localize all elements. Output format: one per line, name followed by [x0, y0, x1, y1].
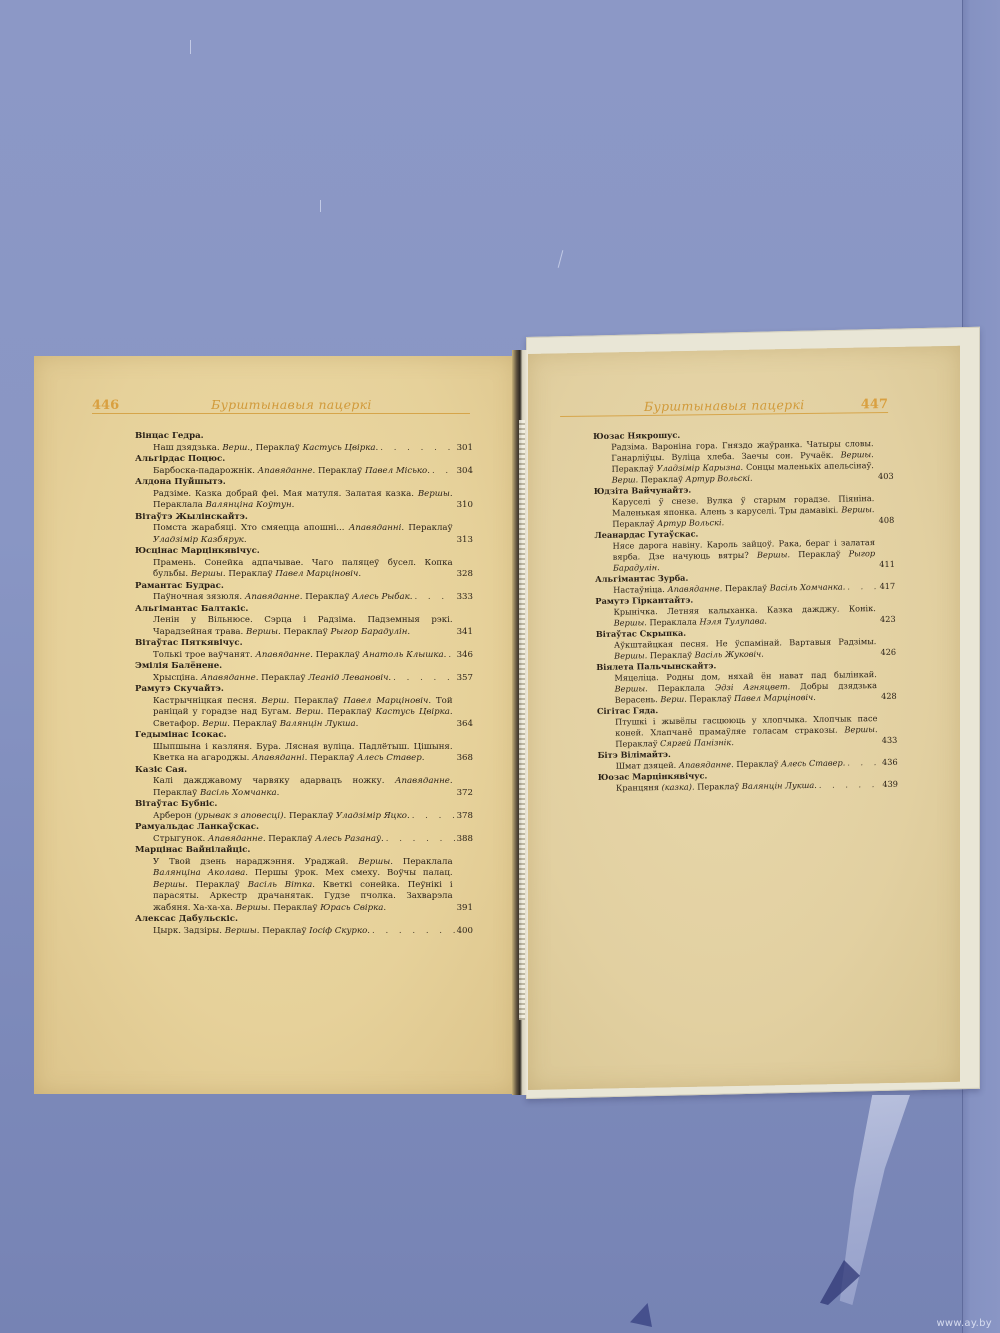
- toc-works: Толькі трое ваўчанят. Апавяданне. Перакл…: [135, 650, 473, 662]
- toc-author: Алдона Пуйшытэ.: [135, 477, 473, 489]
- toc-entry: Вінцас Гедра.Наш дзядзька. Верш., Перакл…: [135, 431, 473, 454]
- toc-page-number: 328: [457, 569, 473, 581]
- toc-page-number: 378: [457, 811, 473, 823]
- toc-entry: Вітаўтэ Жылінскайтэ.Помста жарабяці. Хто…: [135, 512, 473, 547]
- toc-works: Прамень. Сонейка адпачывае. Чаго паляцеў…: [135, 558, 473, 581]
- toc-entry: Алдона Пуйшытэ.Радзіме. Казка добрай феі…: [135, 477, 473, 512]
- toc-page-number: 301: [457, 443, 473, 455]
- toc-page-number: 439: [882, 779, 898, 790]
- toc-author: Юсцінас Марцінкявічус.: [135, 546, 473, 558]
- toc-entry: Леанардас Гутаўскас.Нясе дарога навіну. …: [594, 526, 895, 574]
- torn-paper-fragment: [630, 1303, 652, 1327]
- toc-author: Марцінас Вайнілайціс.: [135, 845, 473, 857]
- toc-entry: Рамутэ Гіркантайтэ.Крынічка. Летняя калы…: [595, 592, 895, 629]
- page-number-right: 447: [861, 397, 888, 412]
- toc-works: Нясе дарога навіну. Кароль зайцоў. Рака,…: [595, 537, 895, 574]
- toc-page-number: 436: [882, 757, 898, 768]
- toc-page-number: 304: [457, 466, 473, 478]
- toc-works: Калі дажджавому чарвяку адарвацъ ножку. …: [135, 776, 473, 799]
- toc-author: Альгімантас Балтакіс.: [135, 604, 473, 616]
- toc-author: Казіс Сая.: [135, 765, 473, 777]
- running-head-left: 446 Бурштынавыя пацеркі: [92, 397, 470, 414]
- toc-page-number: 428: [881, 691, 897, 702]
- toc-page-number: 346: [457, 650, 473, 662]
- toc-page-number: 400: [457, 926, 473, 938]
- toc-entry: Юсцінас Марцінкявічус.Прамень. Сонейка а…: [135, 546, 473, 581]
- toc-page-number: 357: [457, 673, 473, 685]
- toc-works: Хрысціна. Апавяданне. Пераклаў Леанід Ле…: [135, 673, 473, 685]
- toc-page-number: 403: [878, 471, 894, 482]
- toc-page-number: 333: [457, 592, 473, 604]
- toc-entry: Марцінас Вайнілайціс.У Твой дзень нарадж…: [135, 845, 473, 914]
- table-of-contents-right: Юозас Някрошус.Радзіма. Вароніна гора. Г…: [593, 427, 898, 794]
- toc-author: Рамантас Будрас.: [135, 581, 473, 593]
- toc-author: Вітаўтас Бубніс.: [135, 799, 473, 811]
- toc-page-number: 423: [880, 614, 896, 625]
- toc-page-number: 310: [457, 500, 473, 512]
- toc-works: Помста жарабяці. Хто смяецца апошні... А…: [135, 523, 473, 546]
- toc-entry: Гедымінас Ісокас.Шыпшына і казляня. Бура…: [135, 730, 473, 765]
- running-title-left: Бурштынавыя пацеркі: [211, 397, 372, 412]
- toc-works: Крынічка. Летняя калыханка. Казка дажджу…: [595, 603, 895, 629]
- toc-author: Вітаўтэ Жылінскайтэ.: [135, 512, 473, 524]
- toc-works: Арберон (урывак з аповесці). Пераклаў Ул…: [135, 811, 473, 823]
- toc-entry: Альгімантас Зурба.Настаўніца. Апавяданне…: [595, 570, 895, 596]
- toc-author: Вітаўтас Пяткявічус.: [135, 638, 473, 650]
- toc-page-number: 372: [457, 788, 473, 800]
- toc-entry: Казіс Сая.Калі дажджавому чарвяку адарва…: [135, 765, 473, 800]
- toc-entry: Рамуальдас Ланкаўскас.Стрыгунок. Апавяда…: [135, 822, 473, 845]
- toc-page-number: 433: [882, 735, 898, 746]
- toc-entry: Бітэ Вілімайтэ.Шмат дзяцей. Апавяданне. …: [597, 746, 897, 772]
- toc-works: Ленін у Вільнюсе. Сэрца і Радзіма. Падзе…: [135, 615, 473, 638]
- toc-page-number: 388: [457, 834, 473, 846]
- toc-author: Вінцас Гедра.: [135, 431, 473, 443]
- toc-works: Кастрычніцкая песня. Верш. Пераклаў Паве…: [135, 696, 473, 731]
- toc-works: Птушкі і жывёлы гасцююць у хлопчыка. Хло…: [597, 713, 897, 750]
- toc-works: Шыпшына і казляня. Бура. Лясная вуліца. …: [135, 742, 473, 765]
- toc-works: Радзіма. Вароніна гора. Гняздо жаўранка.…: [593, 438, 894, 486]
- toc-works: Цырк. Задзіры. Вершы. Пераклаў Іосіф Ску…: [135, 926, 473, 938]
- toc-author: Рамутэ Скучайтэ.: [135, 684, 473, 696]
- toc-entry: Рамантас Будрас.Паўночная зязюля. Апавяд…: [135, 581, 473, 604]
- toc-works: Мяцеліца. Родны дом, няхай ён нават пад …: [596, 669, 896, 706]
- toc-entry: Сігітас Гяда.Птушкі і жывёлы гасцююць у …: [597, 702, 898, 750]
- toc-page-number: 368: [457, 753, 473, 765]
- toc-page-number: 364: [457, 719, 473, 731]
- toc-works: Стрыгунок. Апавяданне. Пераклаў Алесь Ра…: [135, 834, 473, 846]
- toc-page-number: 341: [457, 627, 473, 639]
- toc-page-number: 411: [879, 559, 895, 570]
- surface-scratch: [558, 250, 564, 268]
- surface-scratch: [190, 40, 191, 54]
- toc-entry: Рамутэ Скучайтэ.Кастрычніцкая песня. Вер…: [135, 684, 473, 730]
- toc-entry: Юозас Някрошус.Радзіма. Вароніна гора. Г…: [593, 427, 894, 486]
- toc-works: Паўночная зязюля. Апавяданне. Пераклаў А…: [135, 592, 473, 604]
- toc-entry: Алексас Дабульскіс.Цырк. Задзіры. Вершы.…: [135, 914, 473, 937]
- running-title-right: Бурштынавыя пацеркі: [644, 397, 805, 414]
- toc-page-number: 408: [879, 515, 895, 526]
- page-number-left: 446: [92, 398, 119, 413]
- toc-works: Аўкштайцкая песня. Не ўспамінай. Вартавы…: [596, 636, 896, 662]
- toc-works: Наш дзядзька. Верш., Пераклаў Кастусь Цв…: [135, 443, 473, 455]
- toc-entry: Эмілія Балёнене.Хрысціна. Апавяданне. Пе…: [135, 661, 473, 684]
- toc-entry: Вітаўтас Бубніс.Арберон (урывак з аповес…: [135, 799, 473, 822]
- toc-entry: Юозас Марцінкявічус.Кранцяня (казка). Пе…: [598, 768, 898, 794]
- toc-page-number: 391: [457, 903, 473, 915]
- binding-stitch: [519, 420, 525, 1020]
- surface-scratch: [320, 200, 321, 212]
- torn-paper-strip: [820, 1095, 910, 1305]
- toc-entry: Альгімантас Балтакіс.Ленін у Вільнюсе. С…: [135, 604, 473, 639]
- toc-entry: Альгірдас Поцюс.Барбоска-падарожнік. Апа…: [135, 454, 473, 477]
- toc-author: Альгірдас Поцюс.: [135, 454, 473, 466]
- watermark: www.ay.by: [936, 1318, 992, 1329]
- toc-author: Алексас Дабульскіс.: [135, 914, 473, 926]
- toc-entry: Віялета Пальчынскайтэ.Мяцеліца. Родны до…: [596, 658, 897, 706]
- toc-author: Гедымінас Ісокас.: [135, 730, 473, 742]
- toc-works: Барбоска-падарожнік. Апавяданне. Перакла…: [135, 466, 473, 478]
- toc-entry: Вітаўтас Пяткявічус.Толькі трое ваўчанят…: [135, 638, 473, 661]
- toc-author: Эмілія Балёнене.: [135, 661, 473, 673]
- table-of-contents-left: Вінцас Гедра.Наш дзядзька. Верш., Перакл…: [135, 431, 473, 937]
- toc-page-number: 417: [879, 581, 895, 592]
- toc-page-number: 313: [457, 535, 473, 547]
- toc-works: Каруселі ў снезе. Вулка ў старым горадзе…: [594, 493, 894, 530]
- toc-page-number: 426: [880, 647, 896, 658]
- toc-works: У Твой дзень нараджэння. Ураджай. Вершы.…: [135, 857, 473, 915]
- toc-works: Радзіме. Казка добрай феі. Мая матуля. З…: [135, 489, 473, 512]
- toc-entry: Вітаўтас Скрыпка.Аўкштайцкая песня. Не ў…: [596, 625, 896, 662]
- toc-entry: Юдзіта Вайчунайтэ.Каруселі ў снезе. Вулк…: [594, 482, 895, 530]
- toc-author: Рамуальдас Ланкаўскас.: [135, 822, 473, 834]
